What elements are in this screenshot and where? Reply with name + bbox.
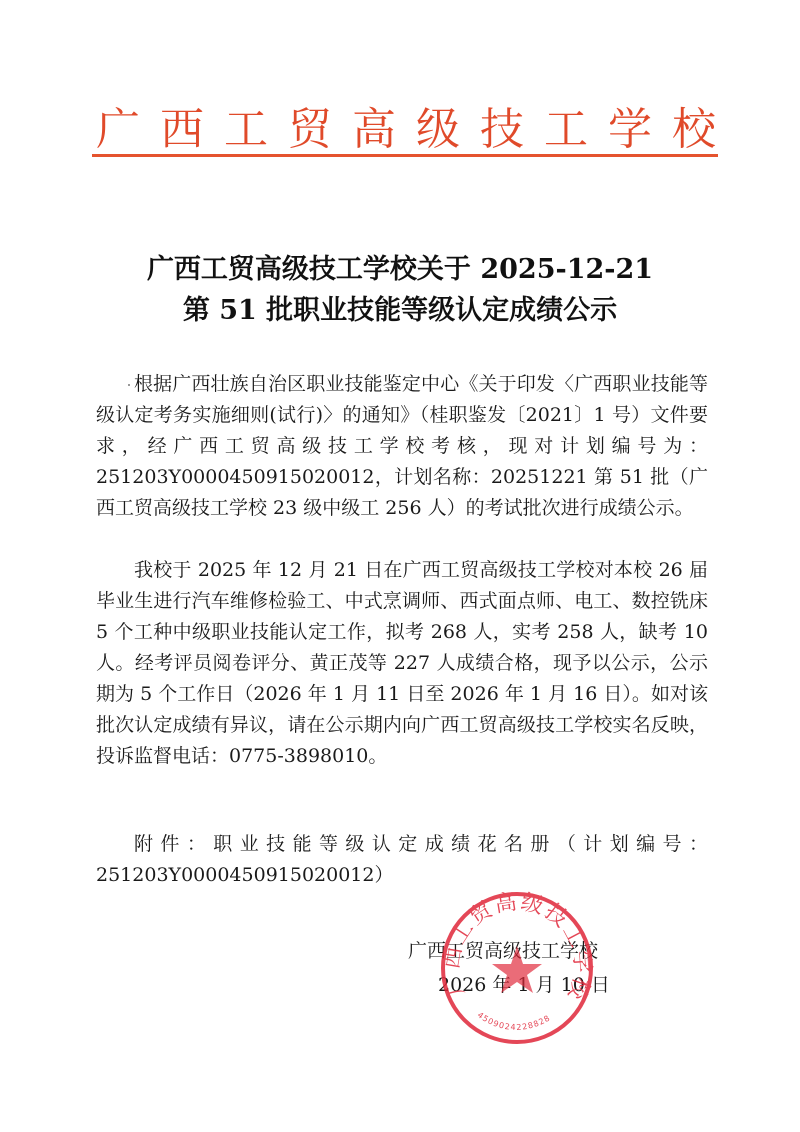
signature-date: 2026 年 1 月 10 日	[438, 970, 610, 997]
letterhead-char: 西	[160, 93, 204, 157]
svg-text:4509024228828: 4509024228828	[476, 1010, 552, 1032]
signature-organization: 广西工贸高级技工学校	[408, 936, 598, 963]
official-seal-icon: 广西工贸高级技工学校 4509024228828	[437, 888, 597, 1048]
attachment-note: 附件：职业技能等级认定成绩花名册（计划编号：251203Y00004509150…	[96, 829, 708, 891]
body-paragraph-1: 根据广西壮族自治区职业技能鉴定中心《关于印发〈广西职业技能等级认定考务实施细则(…	[96, 369, 708, 524]
letterhead-char: 广	[96, 93, 140, 157]
letterhead-char: 工	[224, 93, 268, 157]
letterhead-char: 技	[480, 93, 524, 157]
seal-code: 4509024228828	[476, 1010, 552, 1032]
document-title-line1: 广西工贸高级技工学校关于 2025-12-21	[0, 247, 800, 286]
letterhead-char: 校	[672, 93, 716, 157]
letterhead-char: 学	[608, 93, 652, 157]
body-paragraph-2: 我校于 2025 年 12 月 21 日在广西工贸高级技工学校对本校 26 届毕…	[96, 555, 708, 772]
letterhead-char: 级	[416, 93, 460, 157]
letterhead-title: 广 西 工 贸 高 级 技 工 学 校	[96, 100, 716, 150]
letterhead-char: 贸	[288, 93, 332, 157]
document-title-line2: 第 51 批职业技能等级认定成绩公示	[0, 288, 800, 327]
letterhead-char: 工	[544, 93, 588, 157]
letterhead-char: 高	[352, 93, 396, 157]
letterhead-divider	[92, 154, 718, 157]
